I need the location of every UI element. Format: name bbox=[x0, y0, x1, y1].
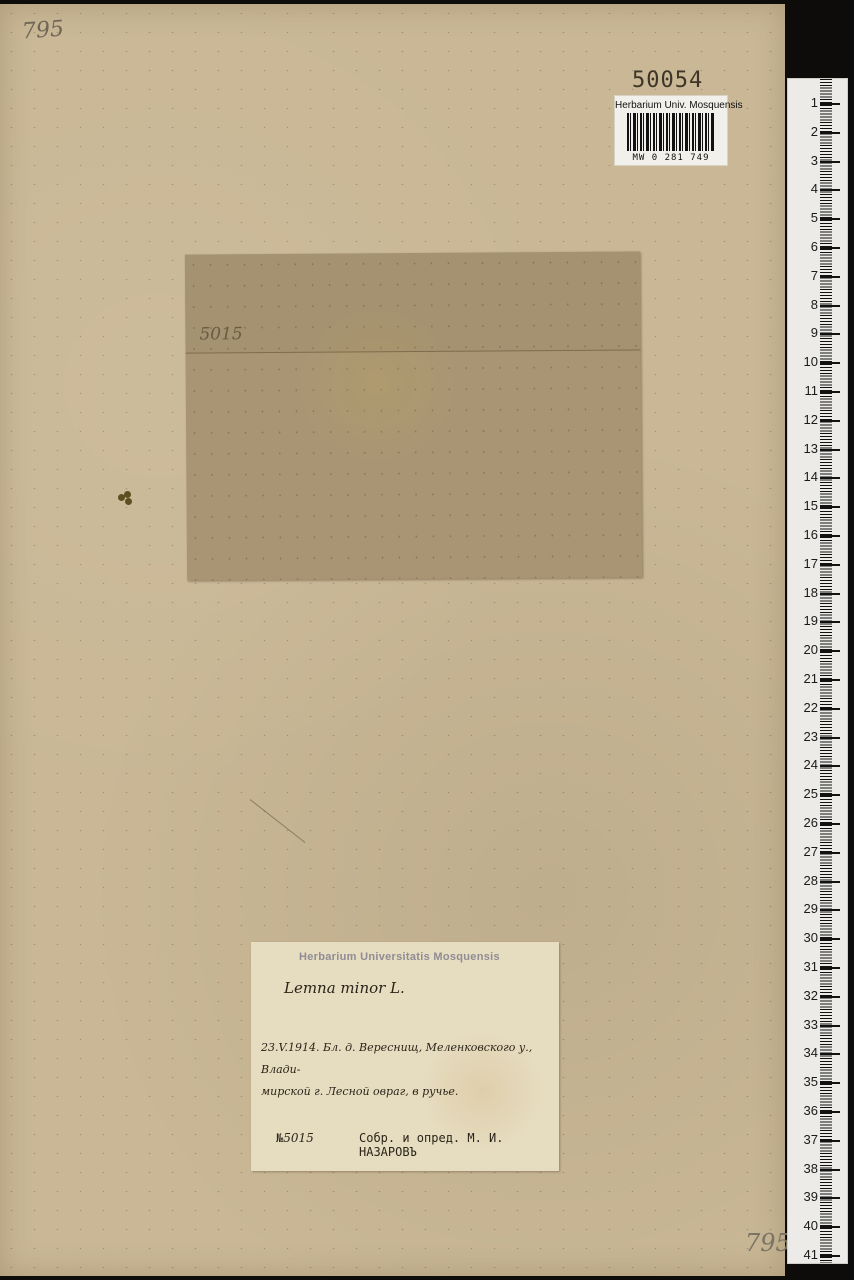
ruler-major-tick bbox=[820, 593, 840, 595]
packet-flap bbox=[185, 251, 641, 353]
ruler-label: 11 bbox=[792, 383, 818, 398]
herbarium-stamp: Herbarium Universitatis Mosquensis bbox=[299, 951, 500, 963]
ruler-label: 28 bbox=[792, 873, 818, 888]
locality-line-1: 23.V.1914. Бл. д. Вереснищ, Меленковског… bbox=[261, 1037, 551, 1081]
ruler-label: 24 bbox=[792, 757, 818, 772]
ruler-major-tick bbox=[820, 650, 840, 652]
ruler-major-tick bbox=[820, 621, 840, 623]
accession-number: 50054 bbox=[632, 68, 703, 93]
ruler-label: 15 bbox=[792, 498, 818, 513]
ruler-major-tick bbox=[820, 564, 840, 566]
ruler-major-tick bbox=[820, 189, 840, 191]
scale-ruler: 1234567891011121314151617181920212223242… bbox=[787, 78, 848, 1264]
ruler-label: 22 bbox=[792, 700, 818, 715]
number-value: 5015 bbox=[283, 1131, 314, 1145]
ruler-ticks bbox=[820, 79, 832, 1263]
ruler-label: 16 bbox=[792, 527, 818, 542]
taxon-name: Lemna minor L. bbox=[284, 979, 405, 997]
ruler-major-tick bbox=[820, 305, 840, 307]
ruler-major-tick bbox=[820, 1197, 840, 1199]
ruler-major-tick bbox=[820, 765, 840, 767]
ruler-major-tick bbox=[820, 247, 840, 249]
ruler-major-tick bbox=[820, 708, 840, 710]
ruler-label: 31 bbox=[792, 959, 818, 974]
ruler-major-tick bbox=[820, 276, 840, 278]
ruler-label: 1 bbox=[792, 95, 818, 110]
collection-number: №5015 bbox=[276, 1131, 314, 1145]
scratch-mark bbox=[250, 799, 306, 843]
ruler-label: 5 bbox=[792, 210, 818, 225]
ruler-label: 29 bbox=[792, 901, 818, 916]
ruler-label: 6 bbox=[792, 239, 818, 254]
ruler-label: 3 bbox=[792, 153, 818, 168]
barcode-title: Herbarium Univ. Mosquensis bbox=[615, 100, 727, 111]
ruler-major-tick bbox=[820, 1025, 840, 1027]
ruler-label: 40 bbox=[792, 1218, 818, 1233]
ruler-label: 35 bbox=[792, 1074, 818, 1089]
ruler-label: 8 bbox=[792, 297, 818, 312]
ruler-label: 25 bbox=[792, 786, 818, 801]
ruler-label: 20 bbox=[792, 642, 818, 657]
ruler-label: 30 bbox=[792, 930, 818, 945]
ruler-label: 12 bbox=[792, 412, 818, 427]
ruler-label: 13 bbox=[792, 441, 818, 456]
ruler-label: 34 bbox=[792, 1045, 818, 1060]
ruler-major-tick bbox=[820, 1111, 840, 1113]
ruler-major-tick bbox=[820, 161, 840, 163]
ruler-major-tick bbox=[820, 1226, 840, 1228]
locality-line-2: мирской г. Лесной овраг, в ручье. bbox=[261, 1081, 551, 1103]
ruler-major-tick bbox=[820, 391, 840, 393]
ruler-major-tick bbox=[820, 1255, 840, 1257]
ruler-label: 17 bbox=[792, 556, 818, 571]
ruler-label: 38 bbox=[792, 1161, 818, 1176]
ruler-major-tick bbox=[820, 420, 840, 422]
barcode-code: MW 0 281 749 bbox=[615, 153, 727, 163]
ruler-major-tick bbox=[820, 333, 840, 335]
ruler-label: 9 bbox=[792, 325, 818, 340]
ruler-major-tick bbox=[820, 737, 840, 739]
ruler-major-tick bbox=[820, 823, 840, 825]
ruler-label: 41 bbox=[792, 1247, 818, 1262]
ruler-major-tick bbox=[820, 535, 840, 537]
barcode-label: Herbarium Univ. Mosquensis MW 0 281 749 bbox=[614, 95, 728, 166]
ruler-label: 37 bbox=[792, 1132, 818, 1147]
ruler-label: 26 bbox=[792, 815, 818, 830]
specimen-label: Herbarium Universitatis Mosquensis Lemna… bbox=[251, 942, 559, 1171]
ruler-major-tick bbox=[820, 1140, 840, 1142]
specimen-packet: 5015 bbox=[185, 251, 642, 580]
herbarium-sheet: 795 50054 Herbarium Univ. Mosquensis MW … bbox=[0, 4, 785, 1276]
ruler-label: 10 bbox=[792, 354, 818, 369]
ruler-label: 19 bbox=[792, 613, 818, 628]
ruler-major-tick bbox=[820, 218, 840, 220]
ruler-label: 7 bbox=[792, 268, 818, 283]
ruler-major-tick bbox=[820, 881, 840, 883]
ruler-label: 4 bbox=[792, 181, 818, 196]
ruler-major-tick bbox=[820, 679, 840, 681]
ruler-major-tick bbox=[820, 449, 840, 451]
ruler-label: 36 bbox=[792, 1103, 818, 1118]
ruler-label: 2 bbox=[792, 124, 818, 139]
ruler-label: 27 bbox=[792, 844, 818, 859]
ruler-major-tick bbox=[820, 794, 840, 796]
ruler-major-tick bbox=[820, 103, 840, 105]
barcode-icon bbox=[627, 113, 715, 151]
ruler-major-tick bbox=[820, 996, 840, 998]
ruler-label: 39 bbox=[792, 1189, 818, 1204]
ruler-major-tick bbox=[820, 967, 840, 969]
ruler-major-tick bbox=[820, 909, 840, 911]
corner-number-top-left: 795 bbox=[21, 17, 65, 45]
ruler-major-tick bbox=[820, 852, 840, 854]
ruler-major-tick bbox=[820, 1082, 840, 1084]
ruler-major-tick bbox=[820, 477, 840, 479]
ruler-label: 32 bbox=[792, 988, 818, 1003]
locality-text: 23.V.1914. Бл. д. Вереснищ, Меленковског… bbox=[261, 1037, 551, 1103]
ruler-major-tick bbox=[820, 1053, 840, 1055]
ruler-label: 14 bbox=[792, 469, 818, 484]
packet-number: 5015 bbox=[199, 324, 242, 344]
ruler-major-tick bbox=[820, 1169, 840, 1171]
collector-text: Собр. и опред. М. И. НАЗАРОВЪ bbox=[359, 1131, 559, 1159]
ruler-label: 18 bbox=[792, 585, 818, 600]
ruler-major-tick bbox=[820, 938, 840, 940]
ruler-label: 23 bbox=[792, 729, 818, 744]
ruler-major-tick bbox=[820, 506, 840, 508]
ruler-major-tick bbox=[820, 132, 840, 134]
corner-number-bottom-right: 795 bbox=[745, 1229, 791, 1257]
ruler-label: 33 bbox=[792, 1017, 818, 1032]
ruler-label: 21 bbox=[792, 671, 818, 686]
ruler-major-tick bbox=[820, 362, 840, 364]
